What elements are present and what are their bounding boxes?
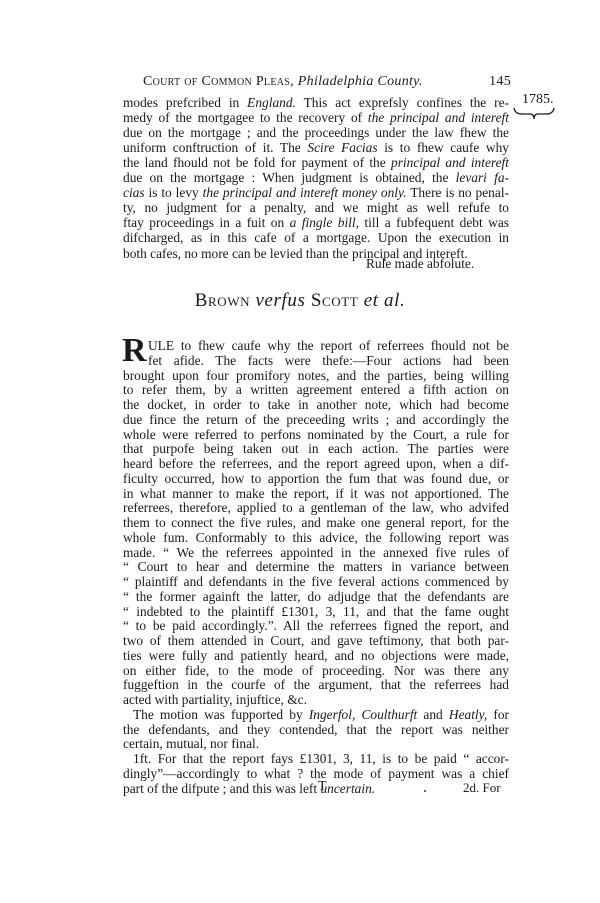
text-segment: “ the former againft the latter, do adju… <box>123 589 509 604</box>
text-line: due on the mortgage : When judgment is o… <box>123 170 509 185</box>
text-segment: ty, no judgment for a penalty, and we mi… <box>123 200 509 215</box>
text-segment: due fince the return of the preceeding w… <box>123 412 509 427</box>
text-segment: due on the mortgage : When judgment is o… <box>123 170 456 185</box>
case-et-al: et al. <box>364 290 406 311</box>
text-segment: 1ft. For that the report fays £1301, 3, … <box>133 751 509 766</box>
italic-text: cias <box>123 185 145 200</box>
italic-text: a fingle bill, <box>290 215 359 230</box>
text-line: certain, mutual, nor final. <box>123 736 509 751</box>
italic-text: levari fa- <box>456 170 509 185</box>
running-head: Court of Common Pleas, Philadelphia Coun… <box>143 74 511 92</box>
text-segment: on either fide, to the mode of proceedin… <box>123 663 509 678</box>
text-segment: due on the mortgage ; and the proceeding… <box>123 125 509 140</box>
text-segment: certain, mutual, nor final. <box>123 736 259 751</box>
italic-text: principal and intereft <box>391 155 509 170</box>
text-line: on either fide, to the mode of proceedin… <box>123 663 509 678</box>
text-segment: uniform conftruction of it. The <box>123 140 307 155</box>
text-line: “ plaintiff and defendants in the five f… <box>123 574 509 589</box>
italic-text: England. <box>247 95 296 110</box>
running-head-title: Court of Common Pleas, Philadelphia Coun… <box>143 74 423 90</box>
italic-text: Heatly, <box>449 707 487 722</box>
text-segment: This act exprefsly confines the re- <box>296 95 509 110</box>
text-line: the docket, in order to take in another … <box>123 397 509 412</box>
text-segment: “ indebted to the plaintiff £1301, 3, 11… <box>123 604 509 619</box>
text-segment: There is no penal- <box>407 185 509 200</box>
text-line: dingly”—accordingly to what ? the mode o… <box>123 766 509 781</box>
text-line: “ indebted to the plaintiff £1301, 3, 11… <box>123 604 509 619</box>
text-segment: part of the difpute ; and this was left <box>123 781 320 796</box>
text-segment: that purpofe being taken out in each act… <box>123 441 509 456</box>
text-line: modes prefcribed in England. This act ex… <box>123 95 509 110</box>
text-line: the land fhould not be fold for payment … <box>123 155 509 170</box>
text-segment: medy of the mortgagee to the recovery of <box>123 110 368 125</box>
text-segment: ties were fully and patiently heard, and… <box>123 648 509 663</box>
text-line: whole fum. Conformably to this advice, t… <box>123 530 509 545</box>
text-line: medy of the mortgagee to the recovery of… <box>123 110 509 125</box>
text-segment: whole were referred to perfons nominated… <box>123 427 509 442</box>
text-line: ULE to fhew caufe why the report of refe… <box>148 338 509 353</box>
text-line: ficulty occurred, how to apportion the f… <box>123 471 509 486</box>
text-segment: acted with partiality, injuftice, &c. <box>123 692 307 707</box>
text-line: whole were referred to perfons nominated… <box>123 427 509 442</box>
case-versus: verfus <box>255 290 305 311</box>
case-plaintiff: Brown <box>195 290 250 311</box>
text-line: due fince the return of the preceeding w… <box>123 412 509 427</box>
text-line: made. “ We the referrees appointed in th… <box>123 545 509 560</box>
text-segment: the docket, in order to take in another … <box>123 397 509 412</box>
text-line: The motion was fupported by Ingerfol, Co… <box>133 707 509 722</box>
text-segment: till a fubfequent debt was <box>359 215 509 230</box>
signature-mark: T <box>318 779 327 795</box>
running-head-place: Philadelphia County. <box>298 74 423 89</box>
text-segment: whole fum. Conformably to this advice, t… <box>123 530 509 545</box>
text-segment: in what manner to make the report, if it… <box>123 486 509 501</box>
text-line: acted with partiality, injuftice, &c. <box>123 692 509 707</box>
text-line: that purpofe being taken out in each act… <box>123 441 509 456</box>
text-segment: “ plaintiff and defendants in the five f… <box>123 574 509 589</box>
text-segment: the defendants, and they contended, that… <box>123 722 509 737</box>
text-line: ties were fully and patiently heard, and… <box>123 648 509 663</box>
case-title: Brown verfus Scott et al. <box>0 290 600 312</box>
text-segment: difcharged, as in this cafe of a mortgag… <box>123 230 509 245</box>
text-line: brought upon four promifory notes, and t… <box>123 368 509 383</box>
text-line: due on the mortgage ; and the proceeding… <box>123 125 509 140</box>
italic-text: uncertain. <box>320 781 375 796</box>
text-line: in what manner to make the report, if it… <box>123 486 509 501</box>
text-segment: ftay proceedings in a fuit on <box>123 215 290 230</box>
margin-brace-icon <box>512 106 556 120</box>
text-segment: them to connect the five rules, and make… <box>123 515 509 530</box>
italic-text: Ingerfol, Coulthurft <box>309 707 417 722</box>
document-page: Court of Common Pleas, Philadelphia Coun… <box>0 0 600 903</box>
text-line: “ to be paid accordingly.”. All the refe… <box>123 618 509 633</box>
text-segment: heard before the referrees, and the repo… <box>123 456 509 471</box>
text-line: uniform conftruction of it. The Scire Fa… <box>123 140 509 155</box>
text-segment: and <box>417 707 449 722</box>
text-line: fet afide. The facts were thefe:—Four ac… <box>148 353 509 368</box>
text-line: “ Court to hear and determine the matter… <box>123 559 509 574</box>
text-line: heard before the referrees, and the repo… <box>123 456 509 471</box>
text-segment: fuggeftion in the courfe of the argument… <box>123 677 509 692</box>
text-segment: is to fhew caufe why <box>378 140 509 155</box>
text-line: to refer them, by a written agreement en… <box>123 382 509 397</box>
text-line: fuggeftion in the courfe of the argument… <box>123 677 509 692</box>
text-segment: for <box>487 707 509 722</box>
text-segment: referrees, therefore, applied to a gentl… <box>123 500 509 515</box>
text-line: the defendants, and they contended, that… <box>123 722 509 737</box>
text-line: referrees, therefore, applied to a gentl… <box>123 500 509 515</box>
text-segment: made. “ We the referrees appointed in th… <box>123 545 509 560</box>
text-line: “ the former againft the latter, do adju… <box>123 589 509 604</box>
catchword: 2d. For <box>463 780 501 796</box>
text-line: 1ft. For that the report fays £1301, 3, … <box>133 751 509 766</box>
drop-cap: R <box>122 336 147 366</box>
print-speck <box>424 790 426 792</box>
text-segment: is to levy <box>145 185 203 200</box>
text-segment: dingly”—accordingly to what ? the mode o… <box>123 766 509 781</box>
text-line: difcharged, as in this cafe of a mortgag… <box>123 230 509 245</box>
case-defendant: Scott <box>311 290 359 311</box>
text-segment: fet afide. The facts were thefe:—Four ac… <box>148 353 509 368</box>
text-segment: ULE to fhew caufe why the report of refe… <box>148 338 509 353</box>
text-line: cias is to levy the principal and intere… <box>123 185 509 200</box>
text-segment: brought upon four promifory notes, and t… <box>123 368 509 383</box>
text-segment: “ Court to hear and determine the matter… <box>123 559 509 574</box>
italic-text: the principal and intereft money only. <box>203 185 407 200</box>
text-line: part of the difpute ; and this was left … <box>123 781 509 796</box>
text-line: them to connect the five rules, and make… <box>123 515 509 530</box>
text-segment: two of them attended in Court, and gave … <box>123 633 509 648</box>
text-line: ftay proceedings in a fuit on a fingle b… <box>123 215 509 230</box>
italic-text: Scire Facias <box>307 140 377 155</box>
text-segment: to refer them, by a written agreement en… <box>123 382 509 397</box>
text-segment: The motion was fupported by <box>133 707 309 722</box>
text-segment: modes prefcribed in <box>123 95 247 110</box>
text-line: two of them attended in Court, and gave … <box>123 633 509 648</box>
disposition: Rule made abfolute. <box>366 256 474 272</box>
text-segment: ficulty occurred, how to apportion the f… <box>123 471 509 486</box>
text-segment: the land fhould not be fold for payment … <box>123 155 391 170</box>
text-line: ty, no judgment for a penalty, and we mi… <box>123 200 509 215</box>
page-number: 145 <box>489 74 511 90</box>
italic-text: the principal and intereft <box>368 110 509 125</box>
text-segment: “ to be paid accordingly.”. All the refe… <box>123 618 509 633</box>
